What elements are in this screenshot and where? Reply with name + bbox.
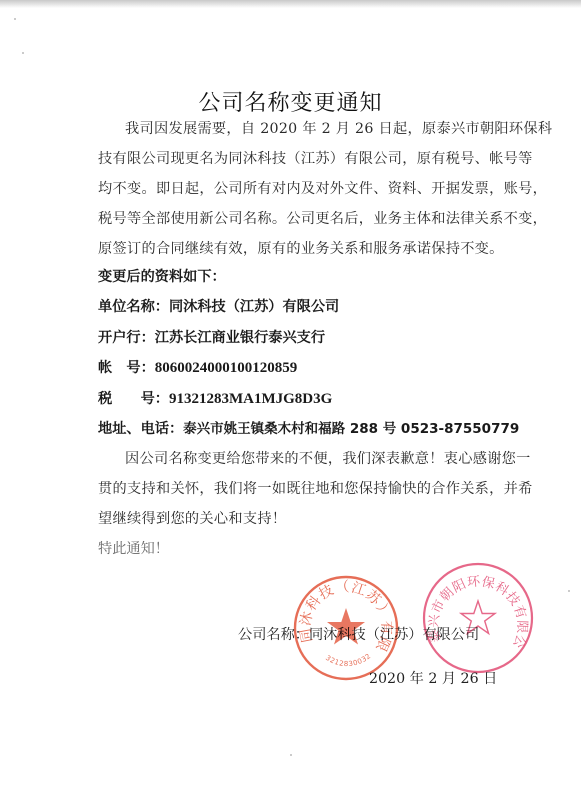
info-row-company-name: 单位名称：同沐科技（江苏）有限公司 xyxy=(98,292,519,322)
paragraph-line: 税号等全部使用新公司名称。公司更名后，业务主体和法律关系不变， xyxy=(98,204,518,234)
info-row-bank: 开户行：江苏长江商业银行泰兴支行 xyxy=(98,323,519,353)
svg-text:泰兴市朝阳环保科技有限公司: 泰兴市朝阳环保科技有限公司 xyxy=(421,561,529,650)
info-value: 泰兴市姚王镇桑木村和福路 288 号 0523-87550779 xyxy=(183,421,519,437)
paragraph-line: 贯的支持和关怀，我们将一如既往地和您保持愉快的合作关系，并希 xyxy=(98,474,518,504)
info-label: 单位名称： xyxy=(98,299,169,315)
new-company-seal-stamp: 同沐科技（江苏）有限公司 3212830032 xyxy=(292,574,400,682)
scan-speck xyxy=(290,754,292,756)
info-row-tax-id: 税 号：91321283MA1MJG8D3G xyxy=(98,384,519,414)
info-value: 江苏长江商业银行泰兴支行 xyxy=(155,330,325,346)
info-value: 同沐科技（江苏）有限公司 xyxy=(169,299,339,315)
paragraph-line: 均不变。即日起，公司所有对内及对外文件、资料、开据发票，账号， xyxy=(98,174,518,204)
scan-speck xyxy=(22,52,24,54)
scan-speck xyxy=(14,18,16,20)
svg-text:同沐科技（江苏）有限公司: 同沐科技（江苏）有限公司 xyxy=(292,574,394,655)
info-label: 帐 号： xyxy=(98,360,155,376)
info-label: 开户行： xyxy=(98,330,155,346)
seal-stamp-icon: 同沐科技（江苏）有限公司 3212830032 xyxy=(292,574,400,682)
info-heading: 变更后的资料如下： xyxy=(98,262,519,292)
svg-text:3212830032: 3212830032 xyxy=(324,652,373,668)
info-label: 地址、电话： xyxy=(98,421,183,437)
document-title: 公司名称变更通知 xyxy=(0,86,581,117)
closing-remark: 特此通知！ xyxy=(98,538,169,558)
info-value: 91321283MA1MJG8D3G xyxy=(169,391,332,407)
paragraph-line: 因公司名称变更给您带来的不便，我们深表歉意！衷心感谢您一 xyxy=(98,444,518,474)
updated-info-block: 变更后的资料如下： 单位名称：同沐科技（江苏）有限公司 开户行：江苏长江商业银行… xyxy=(98,262,519,444)
paragraph-line: 我司因发展需要，自 2020 年 2 月 26 日起，原泰兴市朝阳环保科 xyxy=(98,114,518,144)
info-value: 8060024000100120859 xyxy=(155,360,298,376)
paragraph-announcement: 我司因发展需要，自 2020 年 2 月 26 日起，原泰兴市朝阳环保科 技有限… xyxy=(98,114,518,264)
info-row-account: 帐 号：8060024000100120859 xyxy=(98,353,519,383)
info-label: 税 号： xyxy=(98,391,169,407)
paragraph-line: 原签订的合同继续有效，原有的业务关系和服务承诺保持不变。 xyxy=(98,234,518,264)
paragraph-apology: 因公司名称变更给您带来的不便，我们深表歉意！衷心感谢您一 贯的支持和关怀，我们将… xyxy=(98,444,518,534)
paragraph-line: 望继续得到您的关心和支持！ xyxy=(98,504,518,534)
paragraph-line: 技有限公司现更名为同沐科技（江苏）有限公司，原有税号、帐号等 xyxy=(98,144,518,174)
seal-stamp-icon: 泰兴市朝阳环保科技有限公司 xyxy=(421,561,535,675)
notice-document: 公司名称变更通知 我司因发展需要，自 2020 年 2 月 26 日起，原泰兴市… xyxy=(0,0,581,800)
old-company-seal-stamp: 泰兴市朝阳环保科技有限公司 xyxy=(421,561,535,675)
scan-speck xyxy=(568,590,570,592)
info-row-address-phone: 地址、电话：泰兴市姚王镇桑木村和福路 288 号 0523-87550779 xyxy=(98,414,519,444)
